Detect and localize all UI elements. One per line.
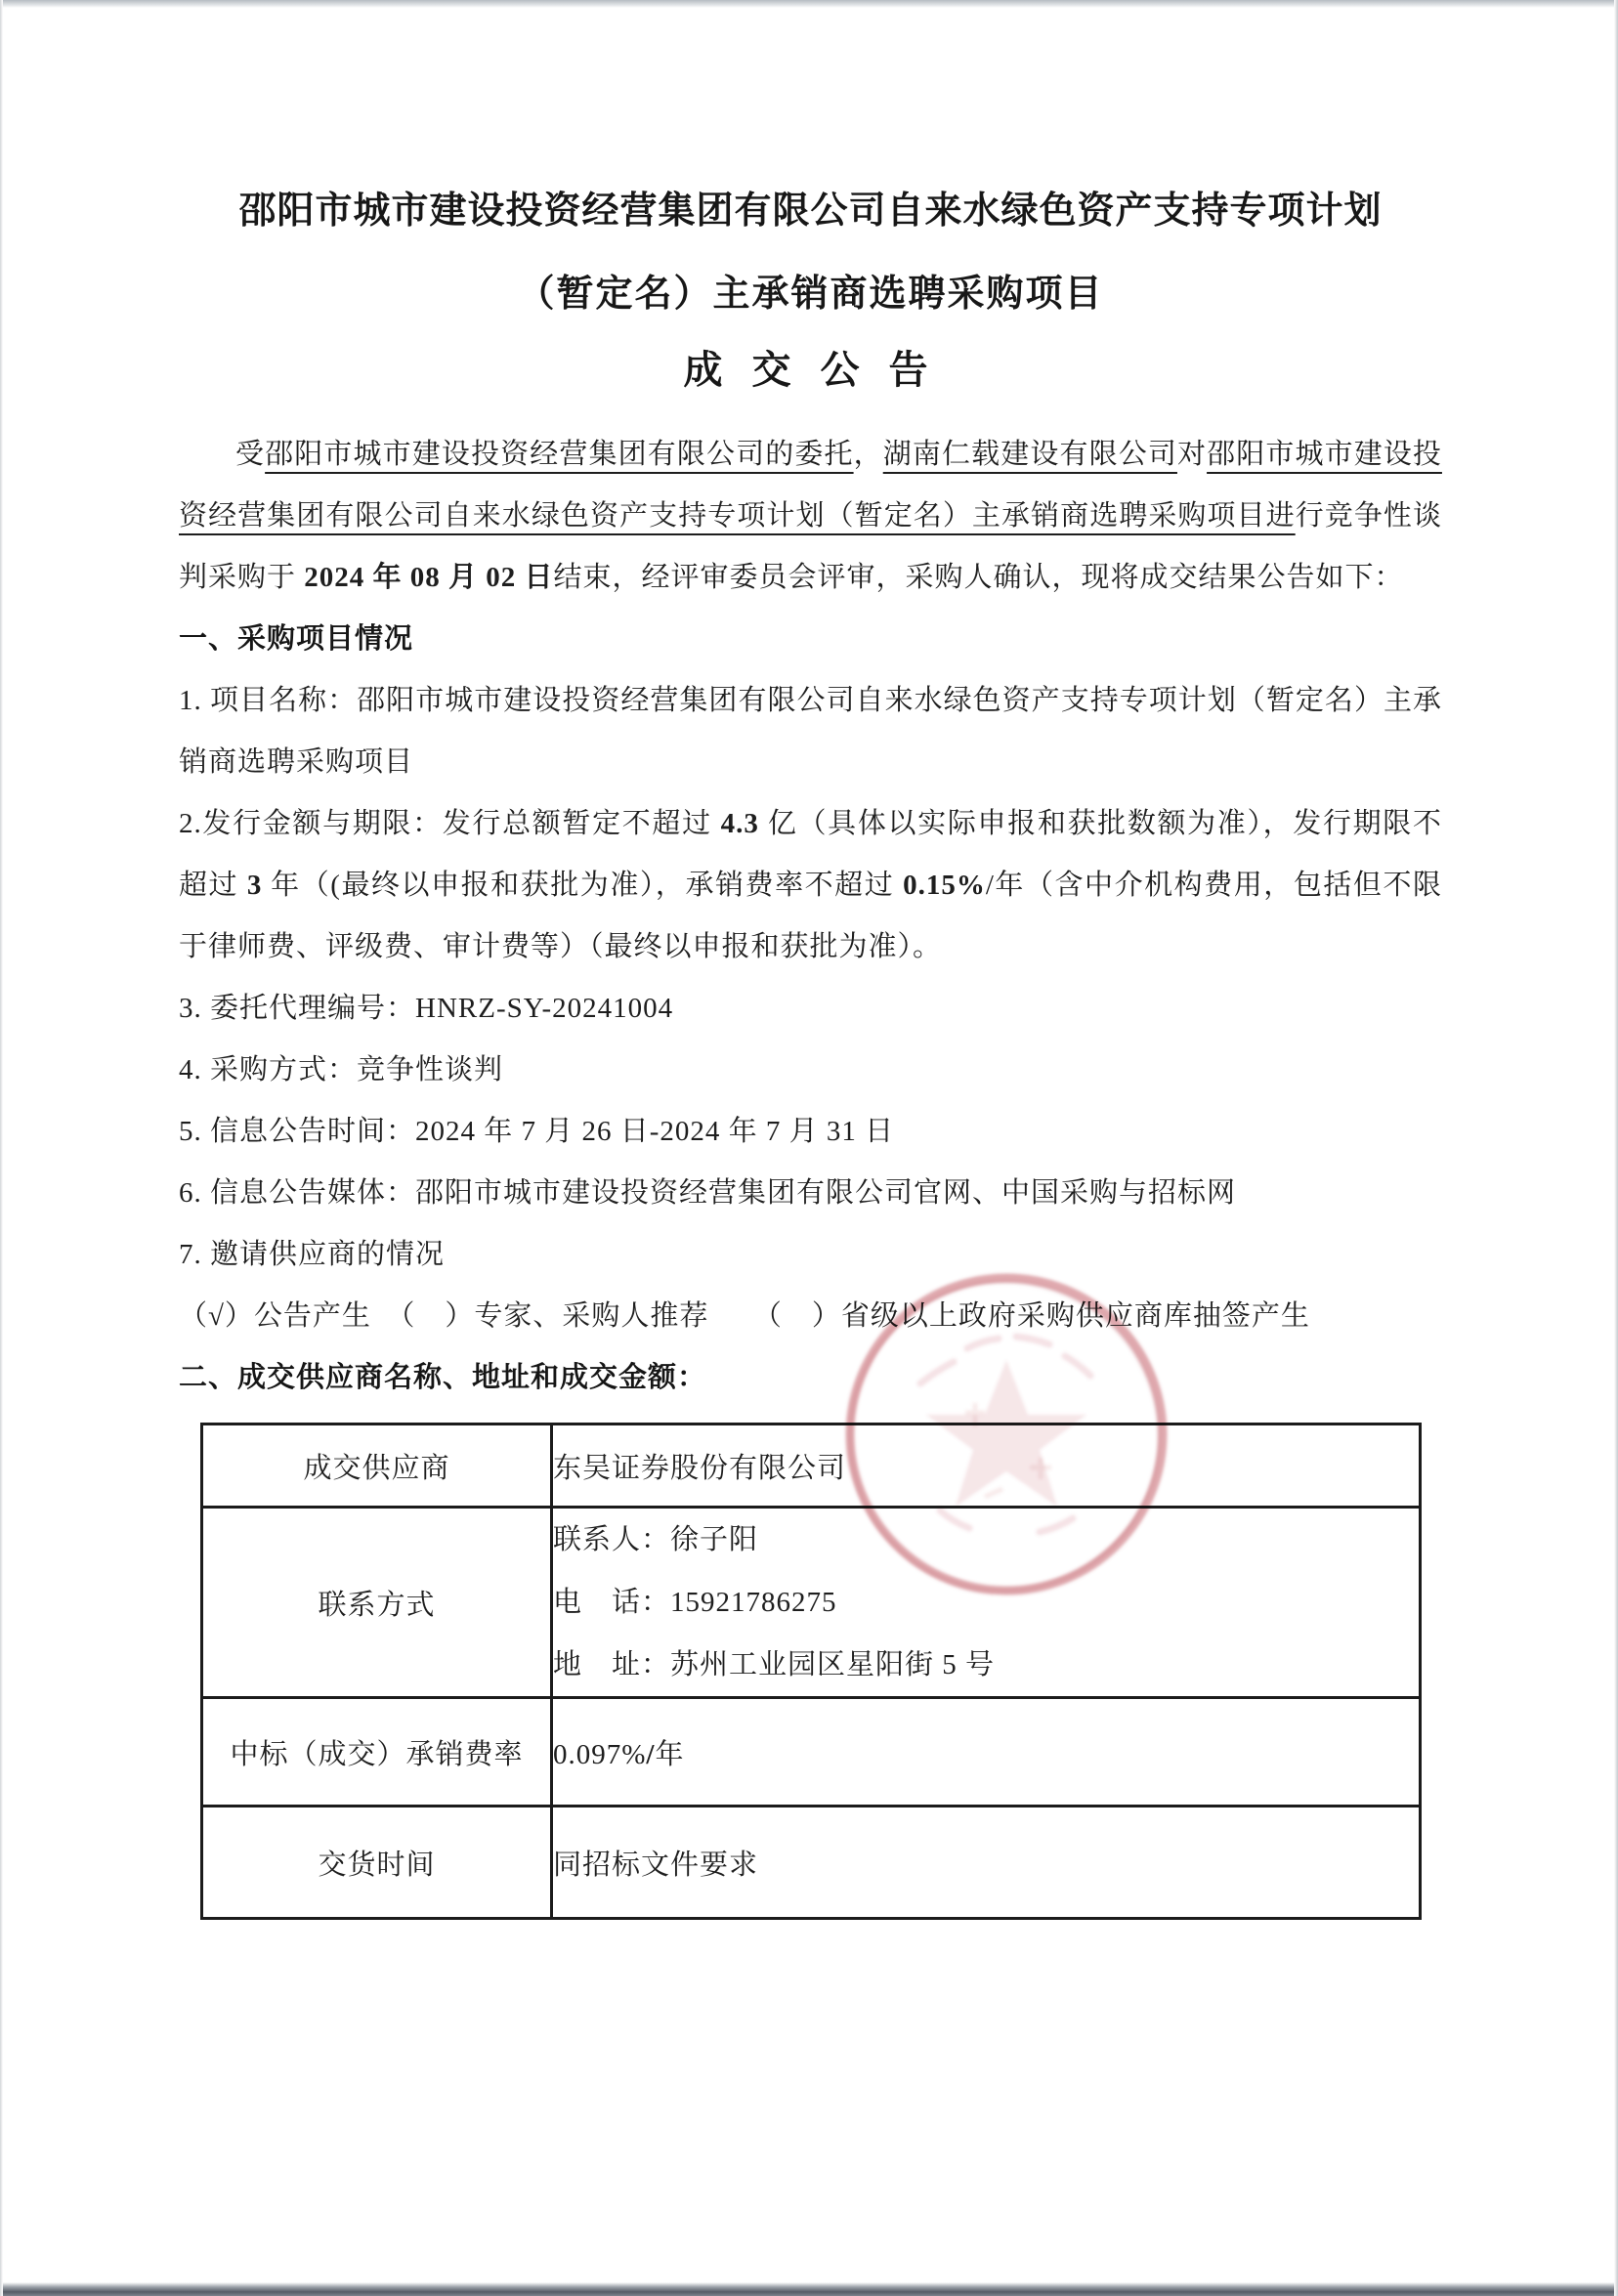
delivery-time-value: 同招标文件要求 <box>552 1807 1421 1919</box>
supplier-value: 东吴证券股份有限公司 <box>552 1424 1421 1508</box>
fee-rate-value: 0.097%/年 <box>552 1698 1421 1807</box>
contact-person: 联系人：徐子阳 <box>553 1509 1419 1571</box>
item-issue-amount-term: 2.发行金额与期限：发行总额暂定不超过 4.3 亿（具体以实际申报和获批数额为准… <box>179 793 1442 978</box>
delivery-time-label: 交货时间 <box>202 1807 552 1919</box>
table-row-fee-rate: 中标（成交）承销费率 0.097%/年 <box>202 1698 1421 1807</box>
document-title-line2: （暂定名）主承销商选聘采购项目 <box>179 271 1442 318</box>
contact-address: 地 址：苏州工业园区星阳街 5 号 <box>553 1634 1419 1696</box>
scan-edge-bottom <box>0 2282 1618 2296</box>
item-agency-number: 3. 委托代理编号：HNRZ-SY-20241004 <box>179 978 1442 1040</box>
contact-label: 联系方式 <box>202 1508 552 1698</box>
supplier-label: 成交供应商 <box>202 1424 552 1508</box>
item-announcement-media: 6. 信息公告媒体：邵阳市城市建设投资经营集团有限公司官网、中国采购与招标网 <box>179 1163 1442 1224</box>
document-content: 邵阳市城市建设投资经营集团有限公司自来水绿色资产支持专项计划 （暂定名）主承销商… <box>0 0 1618 1920</box>
document-title-line1: 邵阳市城市建设投资经营集团有限公司自来水绿色资产支持专项计划 <box>179 188 1442 234</box>
document-page: 邵阳市城市建设投资经营集团有限公司自来水绿色资产支持专项计划 （暂定名）主承销商… <box>0 0 1618 2296</box>
fee-rate-label: 中标（成交）承销费率 <box>202 1698 552 1807</box>
table-row-delivery-time: 交货时间 同招标文件要求 <box>202 1807 1421 1919</box>
award-table: 成交供应商 东吴证券股份有限公司 联系方式 联系人：徐子阳 电 话：159217… <box>200 1423 1422 1920</box>
item-supplier-invitation: 7. 邀请供应商的情况 <box>179 1224 1442 1286</box>
item-project-name: 1. 项目名称：邵阳市城市建设投资经营集团有限公司自来水绿色资产支持专项计划（暂… <box>179 670 1442 793</box>
section1-heading: 一、采购项目情况 <box>179 609 1442 670</box>
contact-phone: 电 话：15921786275 <box>553 1571 1419 1634</box>
contact-value: 联系人：徐子阳 电 话：15921786275 地 址：苏州工业园区星阳街 5 … <box>552 1508 1421 1698</box>
section2-heading: 二、成交供应商名称、地址和成交金额： <box>179 1347 1442 1409</box>
table-row-supplier: 成交供应商 东吴证券股份有限公司 <box>202 1424 1421 1508</box>
intro-paragraph: 受邵阳市城市建设投资经营集团有限公司的委托，湖南仁载建设有限公司对邵阳市城市建设… <box>179 424 1442 609</box>
item-procurement-method: 4. 采购方式：竞争性谈判 <box>179 1040 1442 1101</box>
announcement-heading: 成 交 公 告 <box>179 346 1442 395</box>
table-row-contact: 联系方式 联系人：徐子阳 电 话：15921786275 地 址：苏州工业园区星… <box>202 1508 1421 1698</box>
item-announcement-time: 5. 信息公告时间：2024 年 7 月 26 日-2024 年 7 月 31 … <box>179 1101 1442 1163</box>
invite-options-line: （√）公告产生 （ ）专家、采购人推荐 （ ）省级以上政府采购供应商库抽签产生 <box>179 1286 1442 1347</box>
